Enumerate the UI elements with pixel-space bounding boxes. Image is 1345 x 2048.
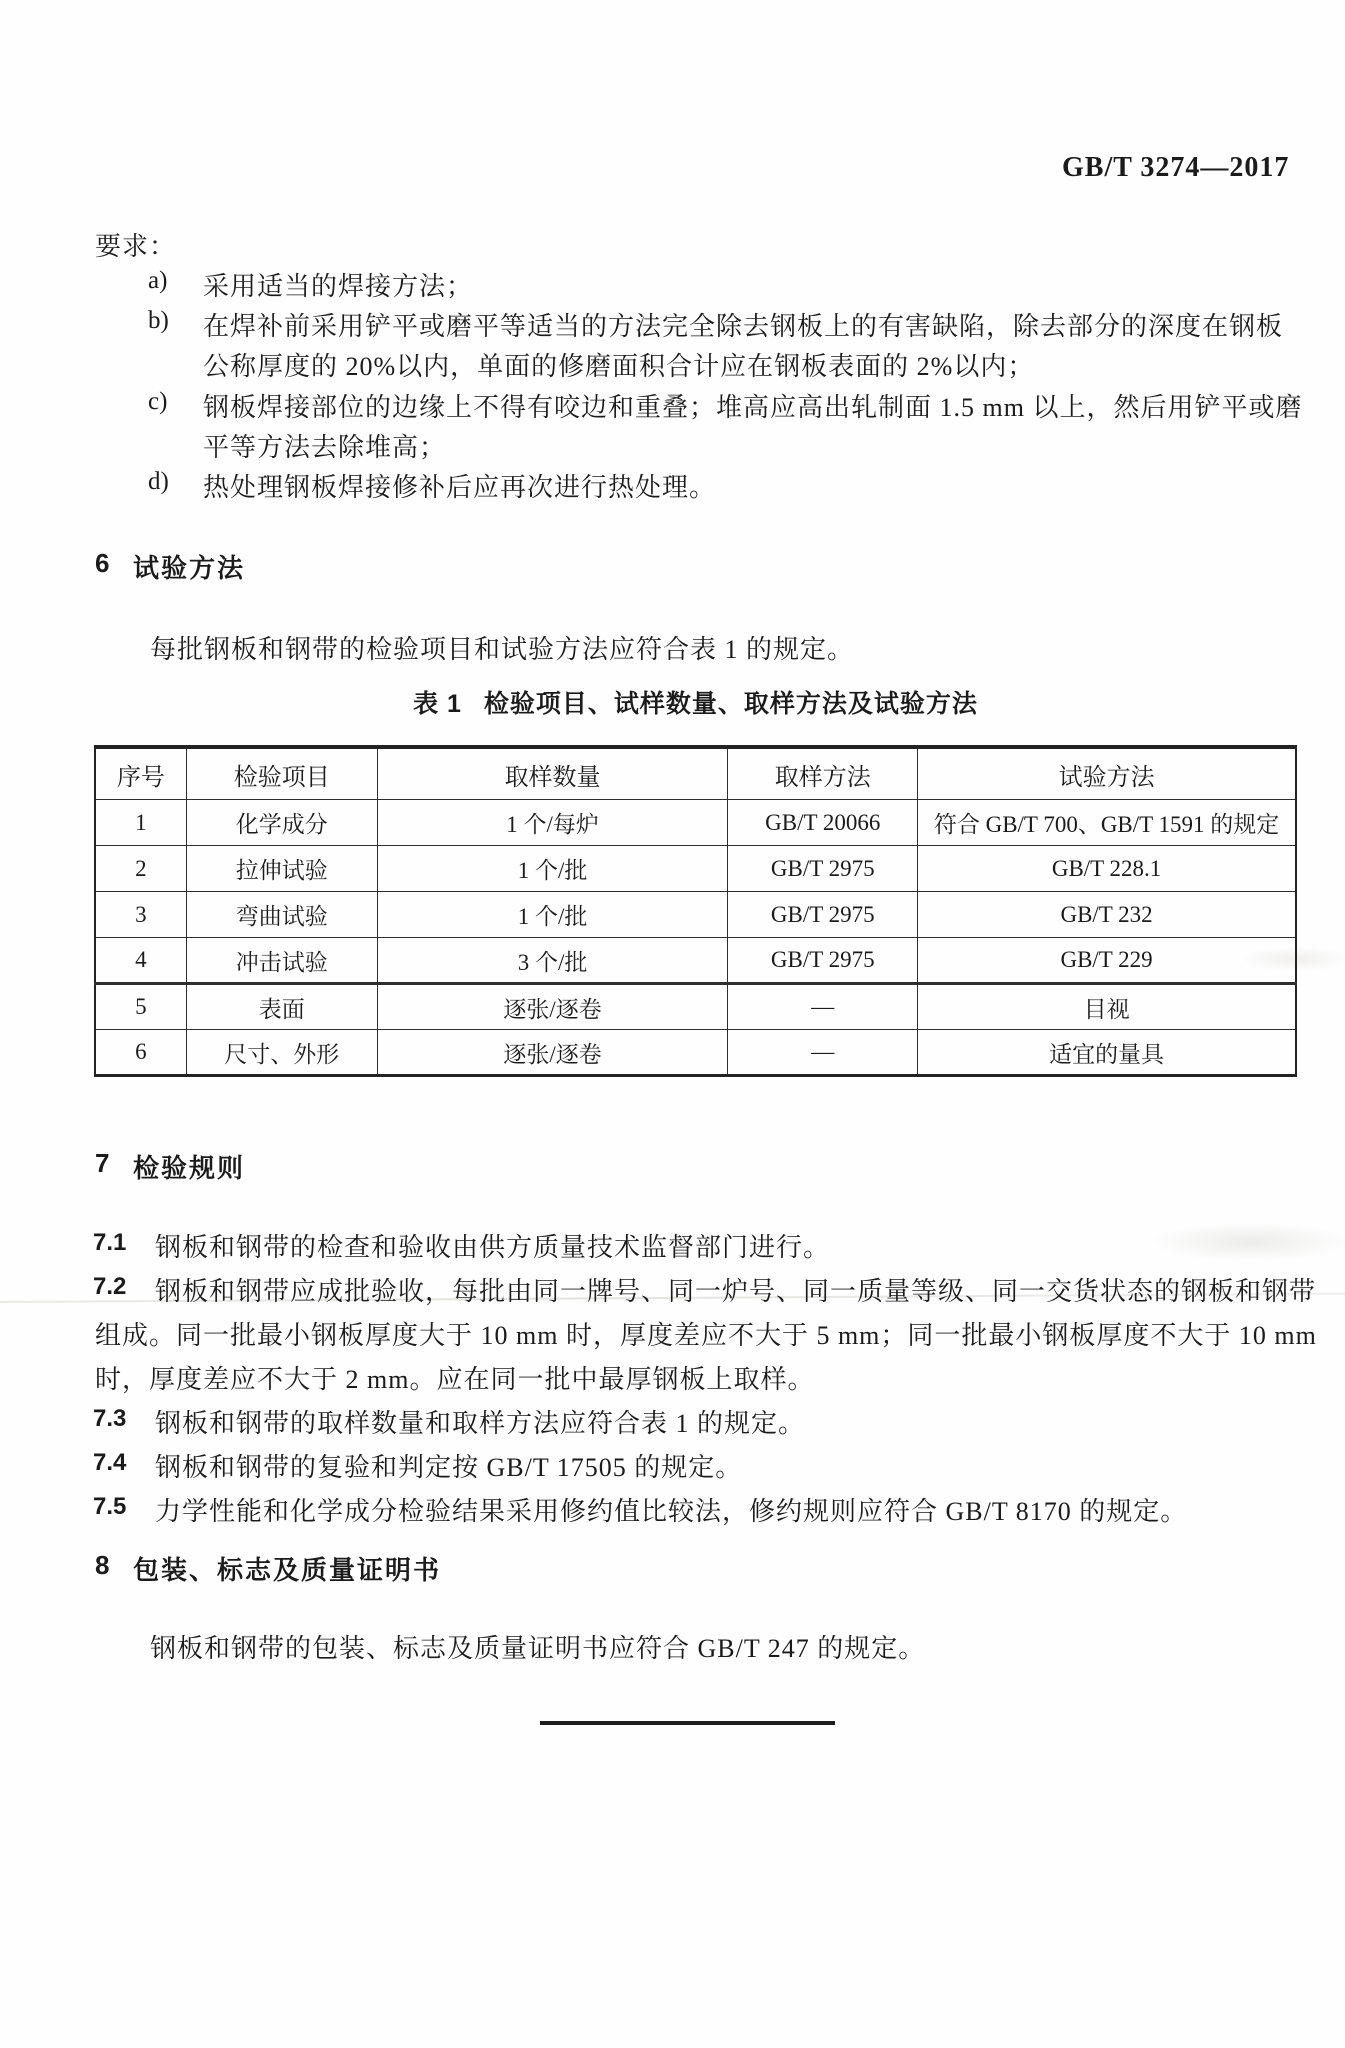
clause-7-3-number: 7.3 xyxy=(93,1405,126,1433)
scan-artifact-smudge xyxy=(1150,1222,1345,1262)
clause-7-2-line3: 时，厚度差应不大于 2 mm。应在同一批中最厚钢板上取样。 xyxy=(95,1359,814,1396)
col-header-testmethod: 试验方法 xyxy=(918,747,1296,800)
section-8-paragraph: 钢板和钢带的包装、标志及质量证明书应符合 GB/T 247 的规定。 xyxy=(150,1628,925,1665)
cell-testmethod: GB/T 228.1 xyxy=(918,846,1296,892)
cell-sampling: GB/T 2975 xyxy=(728,846,918,892)
col-header-qty: 取样数量 xyxy=(377,747,728,800)
section-6-title: 试验方法 xyxy=(133,548,245,585)
table-row: 3 弯曲试验 1 个/批 GB/T 2975 GB/T 232 xyxy=(95,892,1296,938)
clause-7-4-number: 7.4 xyxy=(93,1449,126,1477)
cell-testmethod: 适宜的量具 xyxy=(918,1030,1296,1076)
list-marker-c: c) xyxy=(148,388,167,416)
section-8-number: 8 xyxy=(95,1550,111,1581)
table-row: 2 拉伸试验 1 个/批 GB/T 2975 GB/T 228.1 xyxy=(95,846,1296,892)
requirements-intro: 要求： xyxy=(95,226,176,263)
table-row: 1 化学成分 1 个/每炉 GB/T 20066 符合 GB/T 700、GB/… xyxy=(95,800,1296,846)
clause-7-1-text: 钢板和钢带的检查和验收由供方质量技术监督部门进行。 xyxy=(155,1227,830,1264)
cell-qty: 逐张/逐卷 xyxy=(377,1030,728,1076)
cell-sampling: GB/T 2975 xyxy=(728,892,918,938)
cell-seq: 3 xyxy=(95,892,186,938)
section-8-title: 包装、标志及质量证明书 xyxy=(133,1550,441,1587)
list-item-c-line2: 平等方法去除堆高； xyxy=(203,427,446,464)
cell-sampling: GB/T 20066 xyxy=(728,800,918,846)
cell-testmethod: GB/T 229 xyxy=(918,938,1296,984)
table-row: 5 表面 逐张/逐卷 — 目视 xyxy=(95,984,1296,1030)
doc-code-header: GB/T 3274—2017 xyxy=(1062,152,1289,184)
list-item-b-line1: 在焊补前采用铲平或磨平等适当的方法完全除去钢板上的有害缺陷，除去部分的深度在钢板 xyxy=(203,306,1283,343)
col-header-sampling: 取样方法 xyxy=(728,747,918,800)
cell-seq: 6 xyxy=(95,1030,186,1076)
list-marker-d: d) xyxy=(148,468,169,496)
cell-item: 化学成分 xyxy=(186,800,377,846)
list-item-b-line2: 公称厚度的 20%以内，单面的修磨面积合计应在钢板表面的 2%以内； xyxy=(203,346,1034,383)
clause-7-2-line2: 组成。同一批最小钢板厚度大于 10 mm 时，厚度差应不大于 5 mm；同一批最… xyxy=(95,1315,1317,1352)
table-1: 序号 检验项目 取样数量 取样方法 试验方法 1 化学成分 1 个/每炉 GB/… xyxy=(94,745,1297,1077)
cell-qty: 逐张/逐卷 xyxy=(377,984,728,1030)
cell-qty: 1 个/批 xyxy=(377,892,728,938)
clause-7-2-number: 7.2 xyxy=(93,1273,126,1301)
cell-qty: 3 个/批 xyxy=(377,938,728,984)
cell-seq: 1 xyxy=(95,800,186,846)
table-1-caption-title: 检验项目、试样数量、取样方法及试验方法 xyxy=(484,690,978,718)
section-6-paragraph: 每批钢板和钢带的检验项目和试验方法应符合表 1 的规定。 xyxy=(150,629,854,666)
list-item-a: 采用适当的焊接方法； xyxy=(203,266,473,303)
list-marker-b: b) xyxy=(148,307,169,335)
section-7-title: 检验规则 xyxy=(133,1148,245,1185)
document-page: { "page": { "doc_code": "GB/T 3274—2017"… xyxy=(0,0,1345,2048)
cell-qty: 1 个/批 xyxy=(377,846,728,892)
cell-item: 拉伸试验 xyxy=(186,846,377,892)
section-7-number: 7 xyxy=(95,1148,111,1179)
cell-sampling: — xyxy=(728,984,918,1030)
cell-qty: 1 个/每炉 xyxy=(377,800,728,846)
col-header-seq: 序号 xyxy=(95,747,186,800)
clause-7-4-text: 钢板和钢带的复验和判定按 GB/T 17505 的规定。 xyxy=(155,1447,742,1484)
table-header-row: 序号 检验项目 取样数量 取样方法 试验方法 xyxy=(95,747,1296,800)
cell-item: 冲击试验 xyxy=(186,938,377,984)
cell-sampling: — xyxy=(728,1030,918,1076)
cell-seq: 5 xyxy=(95,984,186,1030)
clause-7-1-number: 7.1 xyxy=(93,1229,126,1257)
end-of-document-rule xyxy=(540,1721,835,1725)
col-header-item: 检验项目 xyxy=(186,747,377,800)
cell-item: 表面 xyxy=(186,984,377,1030)
table-row: 4 冲击试验 3 个/批 GB/T 2975 GB/T 229 xyxy=(95,938,1296,984)
list-item-d: 热处理钢板焊接修补后应再次进行热处理。 xyxy=(203,467,716,504)
cell-sampling: GB/T 2975 xyxy=(728,938,918,984)
table-row: 6 尺寸、外形 逐张/逐卷 — 适宜的量具 xyxy=(95,1030,1296,1076)
cell-testmethod: 符合 GB/T 700、GB/T 1591 的规定 xyxy=(918,800,1296,846)
clause-7-2-line1: 钢板和钢带应成批验收，每批由同一牌号、同一炉号、同一质量等级、同一交货状态的钢板… xyxy=(155,1271,1316,1308)
table-1-caption-label: 表 1 xyxy=(413,690,462,718)
section-6-number: 6 xyxy=(95,548,111,579)
cell-testmethod: 目视 xyxy=(918,984,1296,1030)
cell-seq: 4 xyxy=(95,938,186,984)
list-item-c-line1: 钢板焊接部位的边缘上不得有咬边和重叠；堆高应高出轧制面 1.5 mm 以上，然后… xyxy=(203,387,1302,424)
list-marker-a: a) xyxy=(148,267,167,295)
cell-item: 弯曲试验 xyxy=(186,892,377,938)
table-1-caption: 表 1检验项目、试样数量、取样方法及试验方法 xyxy=(94,684,1297,720)
clause-7-3-text: 钢板和钢带的取样数量和取样方法应符合表 1 的规定。 xyxy=(155,1403,805,1440)
clause-7-5-number: 7.5 xyxy=(93,1493,126,1521)
clause-7-5-text: 力学性能和化学成分检验结果采用修约值比较法，修约规则应符合 GB/T 8170 … xyxy=(155,1491,1187,1528)
cell-testmethod: GB/T 232 xyxy=(918,892,1296,938)
cell-seq: 2 xyxy=(95,846,186,892)
cell-item: 尺寸、外形 xyxy=(186,1030,377,1076)
